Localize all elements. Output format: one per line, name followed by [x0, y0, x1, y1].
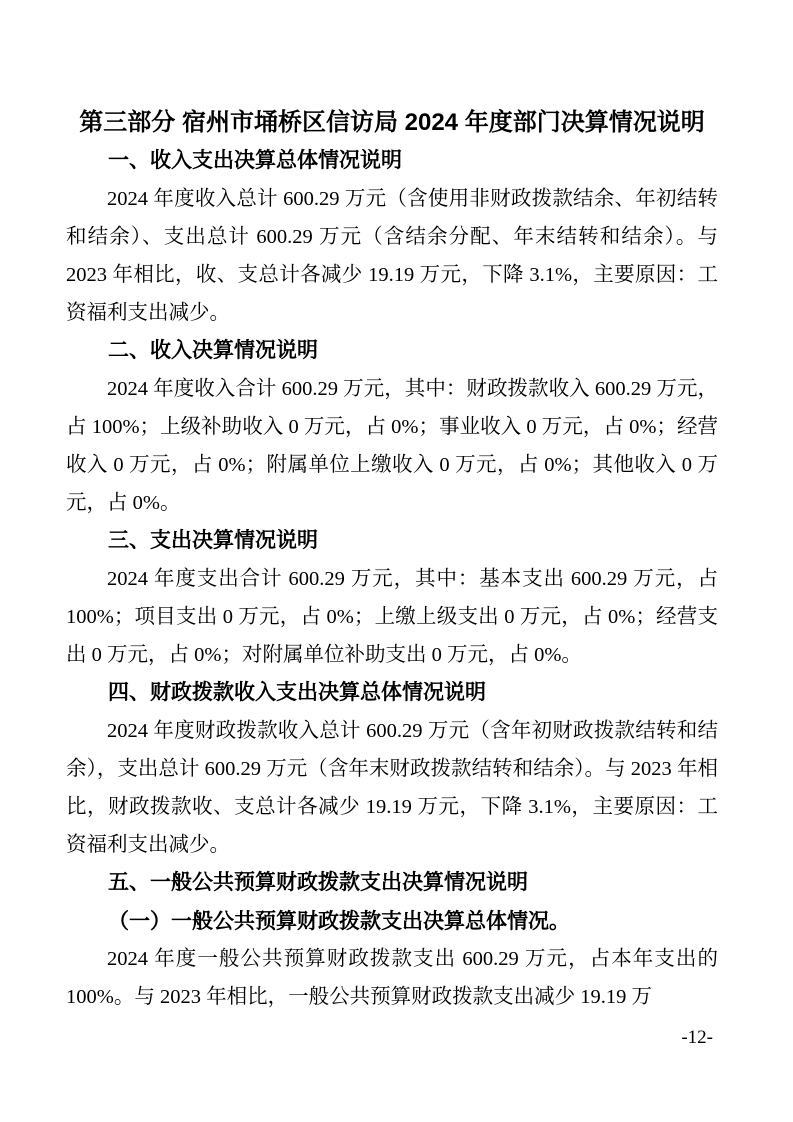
paragraph-fiscal-appropriation-overview: 2024 年度财政拨款收入总计 600.29 万元（含年初财政拨款结转和结余），…	[66, 712, 718, 864]
document-page: 第三部分 宿州市埇桥区信访局 2024 年度部门决算情况说明 一、收入支出决算总…	[66, 104, 718, 1016]
paragraph-income-details: 2024 年度收入合计 600.29 万元，其中：财政拨款收入 600.29 万…	[66, 370, 718, 522]
section-heading-general-public-budget: 五、一般公共预算财政拨款支出决算情况说明	[66, 864, 718, 902]
page-number: -12-	[681, 1026, 713, 1050]
section-heading-expenditure-details: 三、支出决算情况说明	[66, 522, 718, 560]
document-title: 第三部分 宿州市埇桥区信访局 2024 年度部门决算情况说明	[66, 104, 718, 142]
paragraph-income-expenditure-overview: 2024 年度收入总计 600.29 万元（含使用非财政拨款结余、年初结转和结余…	[66, 180, 718, 332]
paragraph-general-public-budget-overview: 2024 年度一般公共预算财政拨款支出 600.29 万元，占本年支出的 100…	[66, 940, 718, 1016]
subsection-heading-general-public-budget-overview: （一）一般公共预算财政拨款支出决算总体情况。	[66, 902, 718, 940]
paragraph-expenditure-details: 2024 年度支出合计 600.29 万元，其中：基本支出 600.29 万元，…	[66, 560, 718, 674]
section-heading-income-expenditure-overview: 一、收入支出决算总体情况说明	[66, 142, 718, 180]
section-heading-fiscal-appropriation-overview: 四、财政拨款收入支出决算总体情况说明	[66, 674, 718, 712]
section-heading-income-details: 二、收入决算情况说明	[66, 332, 718, 370]
